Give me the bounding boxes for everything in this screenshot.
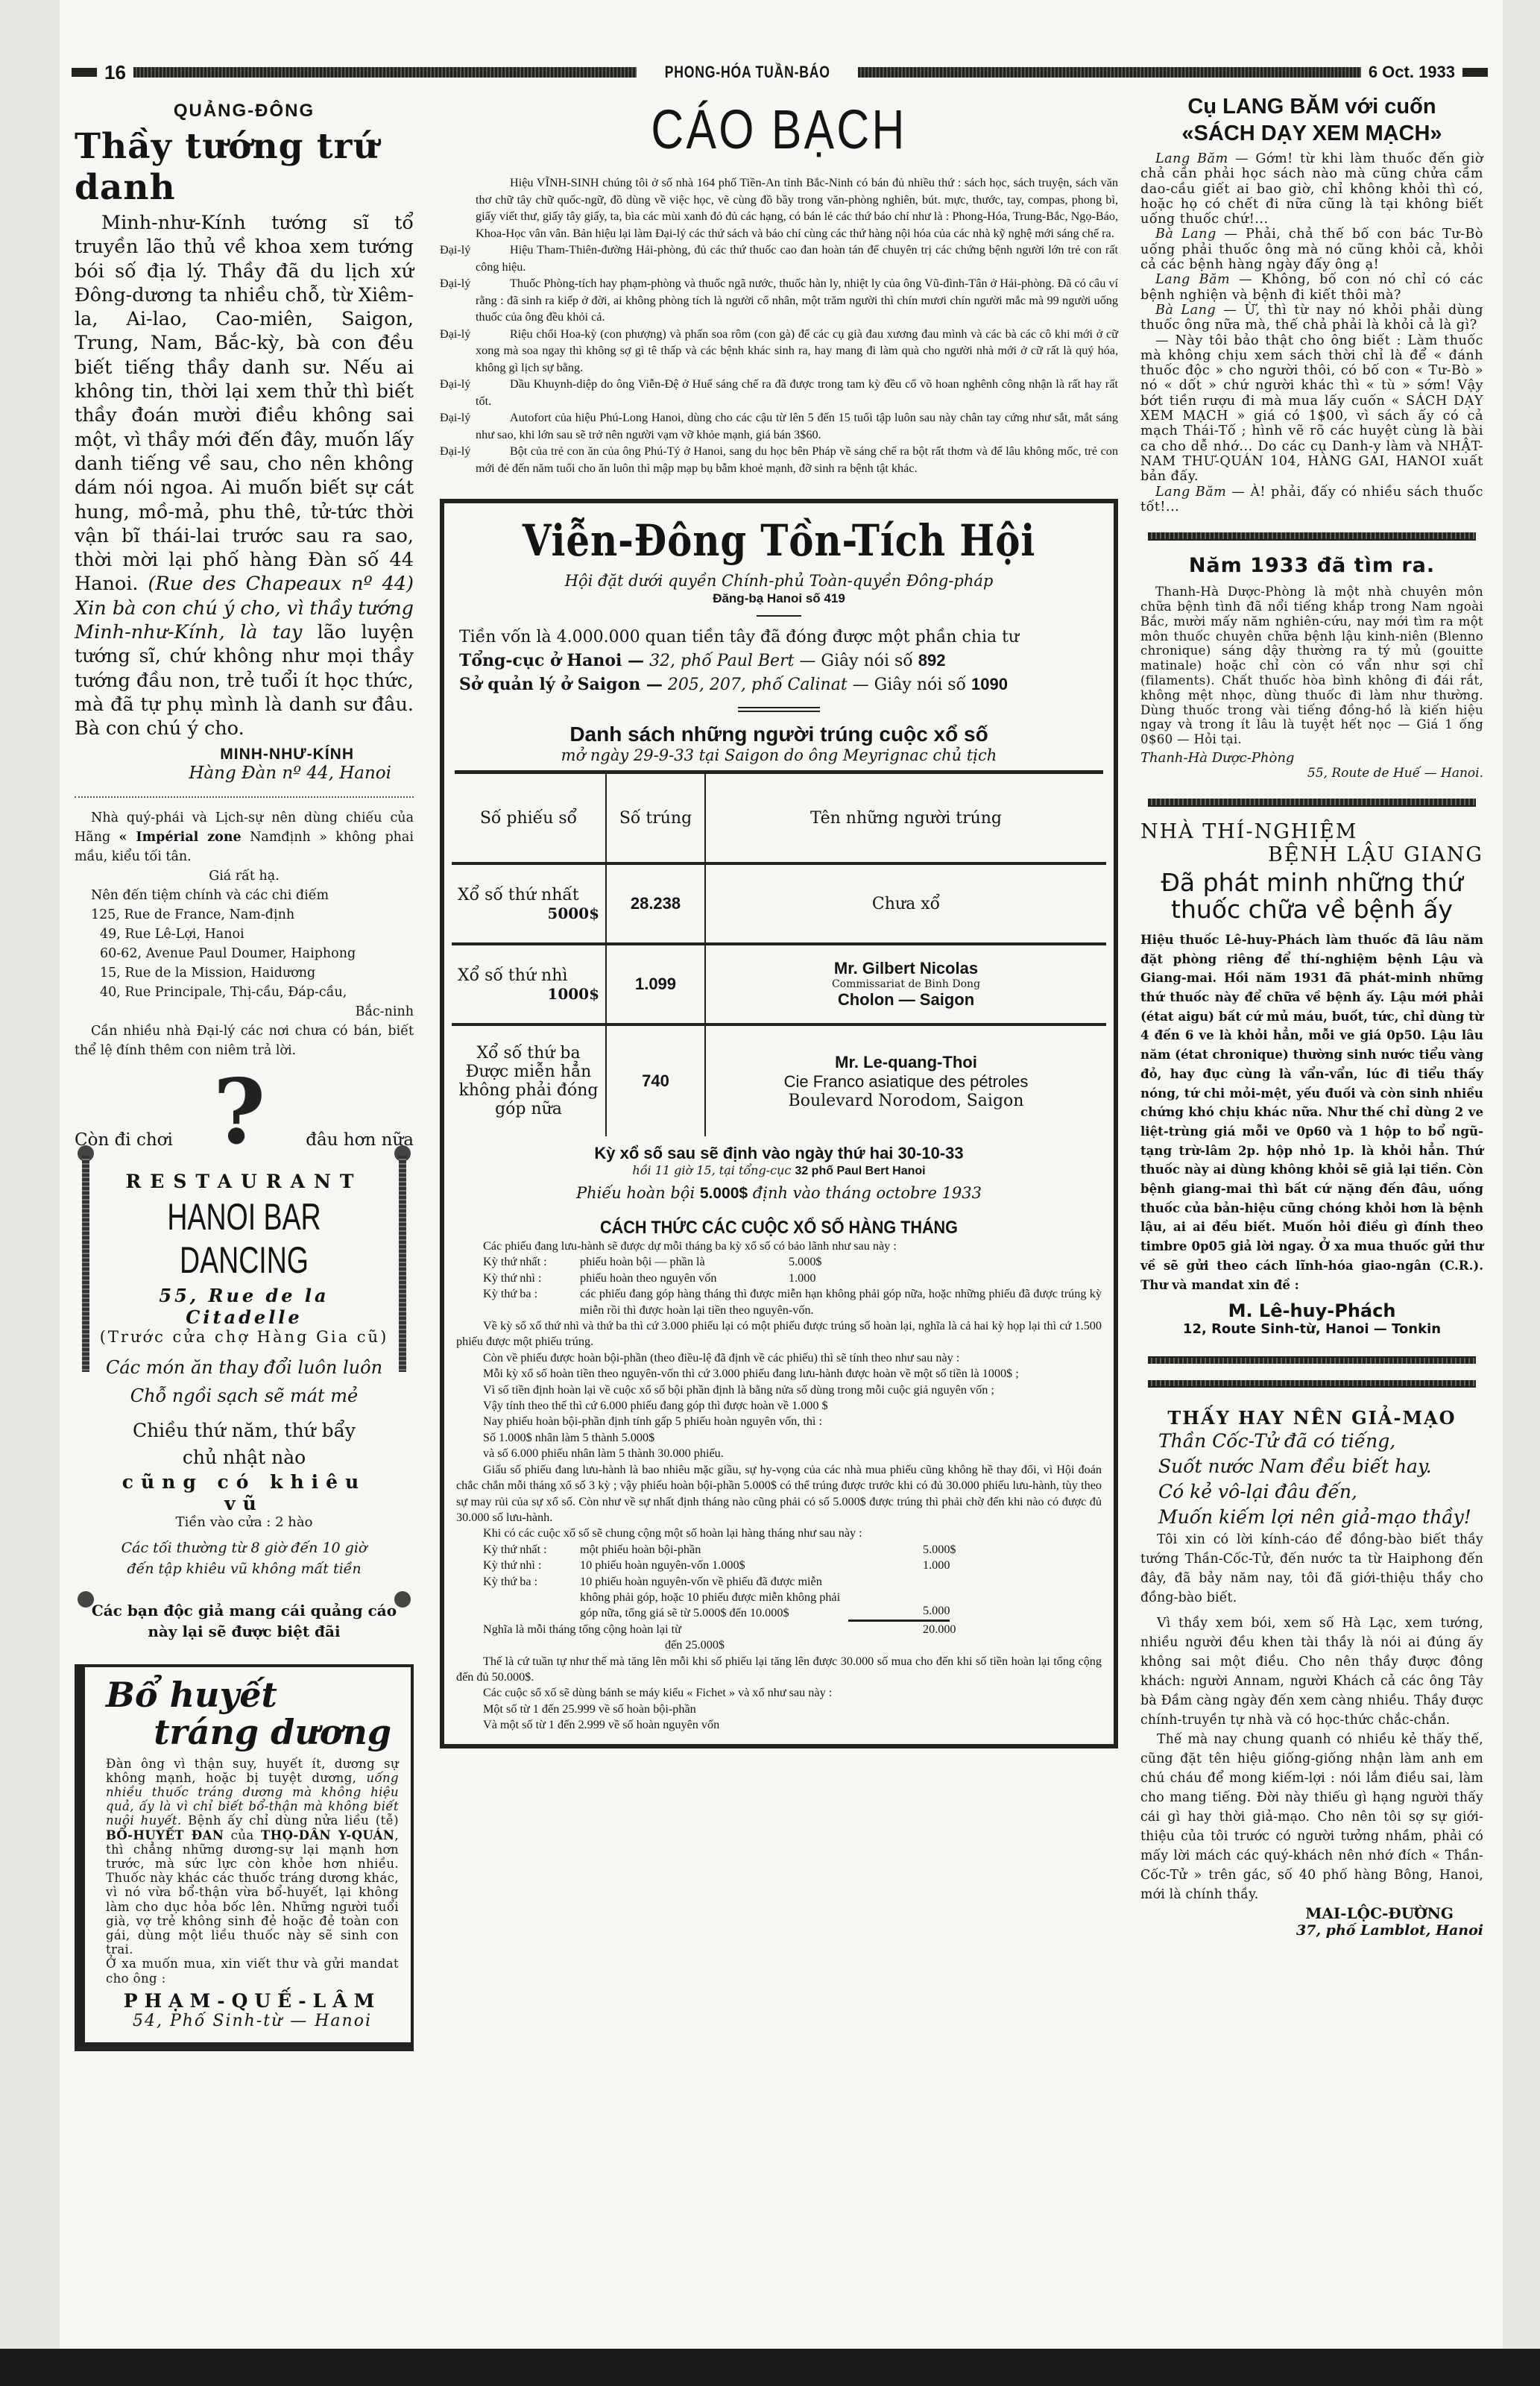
column-header: Số trúng bbox=[606, 774, 705, 863]
winners-table: Số phiếu sổ Số trúng Tên những người trú… bbox=[452, 774, 1106, 1136]
agent-entry: Đại-lýHiệu Tham-Thiên-đường Hải-phòng, đ… bbox=[440, 242, 1118, 275]
ad-body: Đàn ông vì thận suy, huyết ít, dương sự … bbox=[106, 1757, 399, 1957]
ad-body: Hiệu VĨNH-SINH chúng tôi ở số nhà 164 ph… bbox=[440, 174, 1118, 476]
branch-address: 125, Rue de France, Nam-định bbox=[75, 905, 414, 925]
ad-name: HANOI BAR DANCING bbox=[133, 1195, 354, 1282]
ad-headline: NHÀ THÍ-NGHIỆM bbox=[1140, 820, 1483, 843]
frame-post bbox=[399, 1156, 406, 1372]
ad-price: Giá rất hạ. bbox=[75, 866, 414, 886]
column-left: QUẢNG-ĐÔNG Thầy tướng trứ danh Minh-như-… bbox=[75, 97, 414, 2051]
column-center: CÁO BẠCH Hiệu VĨNH-SINH chúng tôi ở số n… bbox=[440, 97, 1118, 1748]
ad-intro: Hiệu VĨNH-SINH chúng tôi ở số nhà 164 ph… bbox=[440, 174, 1118, 242]
ad-days: Chiều thứ năm, thứ bẩy bbox=[97, 1417, 391, 1444]
ad-days: chủ nhật nào bbox=[97, 1444, 391, 1471]
ad-signature: MAI-LỘC-ĐƯỜNG bbox=[1140, 1904, 1454, 1922]
tier-row: Kỳ thứ ba :10 phiếu hoàn nguyên-vốn về p… bbox=[456, 1574, 1102, 1622]
divider bbox=[1148, 799, 1476, 807]
ad-address: 12, Route Sinh-từ, Hanoi — Tonkin bbox=[1140, 1321, 1483, 1337]
agent-entry: Đại-lýDầu Khuynh-diệp do ông Viễn-Đệ ở H… bbox=[440, 376, 1118, 409]
ad-body: Tôi xin có lời kính-cáo để đồng-bào biết… bbox=[1140, 1530, 1483, 1904]
ad-intro: Nhà quý-phái và Lịch-sự nên dùng chiếu c… bbox=[75, 808, 414, 866]
company-info: Tiền vốn là 4.000.000 quan tiền tây đã đ… bbox=[452, 626, 1106, 696]
article-headline: Thầy tướng trứ danh bbox=[75, 126, 414, 208]
bonus-ticket: Phiếu hoàn bội 5.000$ định vào tháng oct… bbox=[452, 1184, 1106, 1203]
table-row: Xổ số thứ nhất5000$ 28.238 Chưa xổ bbox=[452, 863, 1106, 944]
ad-lang-bam: Cụ LANG BĂM với cuốn «SÁCH DẠY XEM MẠCH»… bbox=[1140, 93, 1483, 514]
ad-le-huy-phach: NHÀ THÍ-NGHIỆM BỆNH LẬU GIANG Đã phát mi… bbox=[1140, 820, 1483, 1337]
ad-body: Thanh-Hà Dược-Phòng là một nhà chuyên mô… bbox=[1140, 585, 1483, 747]
header-rule bbox=[133, 67, 637, 78]
table-row: Xổ số thứ nhì1000$ 1.099 Mr. Gilbert Nic… bbox=[452, 944, 1106, 1024]
ad-title: tráng dương bbox=[106, 1712, 391, 1752]
brand-name: « Impérial zone bbox=[119, 830, 242, 845]
ad-line: Các món ăn thay đổi luôn luôn bbox=[97, 1353, 391, 1382]
tier-row: Kỳ thứ ba :các phiếu đang góp hàng tháng… bbox=[456, 1286, 1102, 1318]
branch-address: 60-62, Avenue Paul Doumer, Haiphong bbox=[75, 944, 414, 963]
scan-bottom-edge bbox=[0, 2349, 1540, 2386]
ad-agents: Cần nhiều nhà Đại-lý các nơi chưa có bán… bbox=[75, 1022, 414, 1060]
post-knob-icon bbox=[78, 1591, 94, 1608]
ad-signature: M. Lê-huy-Phách bbox=[1140, 1300, 1483, 1321]
question-row: Còn đi chơi ? đâu hơn nữa bbox=[75, 1075, 414, 1150]
post-knob-icon bbox=[394, 1591, 411, 1608]
ad-title: CÁO BẠCH bbox=[501, 101, 1057, 158]
ad-cao-bach: CÁO BẠCH Hiệu VĨNH-SINH chúng tôi ở số n… bbox=[440, 101, 1118, 476]
ad-bo-huyet: Bổ huyết tráng dương Đàn ông vì thận suy… bbox=[75, 1664, 414, 2051]
ad-line: Chỗ ngồi sạch sẽ mát mẻ bbox=[97, 1382, 391, 1410]
scan-margin-left bbox=[0, 0, 60, 2386]
ad-address: 55, Route de Huế — Hanoi. bbox=[1140, 766, 1483, 781]
table-header-row: Số phiếu sổ Số trúng Tên những người trú… bbox=[452, 774, 1106, 863]
divider bbox=[1148, 1356, 1476, 1364]
ad-subtitle: Hội đặt dưới quyền Chính-phủ Toàn-quyền … bbox=[452, 572, 1106, 590]
ad-headline: BỆNH LẬU GIANG bbox=[1140, 843, 1483, 866]
ad-headline: «SÁCH DẠY XEM MẠCH» bbox=[1140, 120, 1483, 147]
ad-branches-intro: Nên đến tiệm chính và các chi điếm bbox=[75, 886, 414, 905]
branch-address: 15, Rue de la Mission, Haidương bbox=[75, 963, 414, 983]
article-kicker: QUẢNG-ĐÔNG bbox=[75, 101, 414, 122]
bar-ad-frame: RESTAURANT HANOI BAR DANCING 55, Rue de … bbox=[75, 1156, 414, 1587]
poem: Thần Cốc-Tử đã có tiếng, Suốt nước Nam đ… bbox=[1140, 1429, 1483, 1530]
divider bbox=[1148, 532, 1476, 541]
dialogue: Lang Băm — Gớm! từ khi làm thuốc đến giờ… bbox=[1140, 151, 1483, 514]
ad-address: 55, Rue de la Citadelle bbox=[97, 1285, 391, 1328]
tier-row: Kỳ thứ nhì :10 phiếu hoàn nguyên-vốn 1.0… bbox=[456, 1558, 1102, 1573]
header-rule bbox=[72, 68, 97, 77]
ad-title: Viễn-Đông Tồn-Tích Hội bbox=[497, 514, 1060, 567]
ad-dance: cũng có khiêu vũ bbox=[97, 1471, 391, 1514]
rules-title: CÁCH THỨC CÁC CUỘC XỔ SỐ HÀNG THÁNG bbox=[485, 1218, 1073, 1238]
ad-body-order: Ở xa muốn mua, xin viết thư và gửi manda… bbox=[106, 1957, 399, 1985]
ad-address: 54, Phố Sinh-từ — Hanoi bbox=[106, 2012, 399, 2030]
scan-margin-right bbox=[1503, 0, 1540, 2386]
branch-address-cont: Bắc-ninh bbox=[75, 1002, 414, 1022]
ad-free: đến tập khiêu vũ không mất tiền bbox=[97, 1558, 391, 1579]
issue-date: 6 Oct. 1933 bbox=[1369, 63, 1455, 82]
total-row: Nghĩa là mỗi tháng tổng cộng hoàn lại từ… bbox=[456, 1622, 1102, 1637]
ad-signature: PHẠM-QUẾ-LÂM bbox=[106, 1990, 399, 2012]
newspaper-page: 16 PHONG-HÓA TUẦN-BÁO 6 Oct. 1933 QUẢNG-… bbox=[0, 0, 1540, 2386]
table-row: Xổ số thứ ba Được miễn hẳn không phải đó… bbox=[452, 1024, 1106, 1136]
agent-entry: Đại-lýRiệu chổi Hoa-kỳ (con phượng) và p… bbox=[440, 326, 1118, 377]
article-thay-tuong: QUẢNG-ĐÔNG Thầy tướng trứ danh Minh-như-… bbox=[75, 101, 414, 783]
agent-entry: Đại-lýThuốc Phòng-tích hay phạm-phòng và… bbox=[440, 275, 1118, 326]
ad-location: (Trước cửa chợ Hàng Gia cũ) bbox=[97, 1328, 391, 1346]
ad-nam-1933: Năm 1933 đã tìm ra. Thanh-Hà Dược-Phòng … bbox=[1140, 554, 1483, 781]
column-header: Tên những người trúng bbox=[705, 774, 1106, 863]
divider bbox=[757, 615, 801, 617]
article-body: Minh-như-Kính tướng sĩ tổ truyền lão thủ… bbox=[75, 211, 414, 741]
next-draw: Kỳ xổ số sau sẽ định vào ngày thứ hai 30… bbox=[452, 1144, 1106, 1163]
frame-post bbox=[82, 1156, 89, 1372]
ad-headline: THẤY HAY NÊN GIẢ-MẠO bbox=[1140, 1407, 1483, 1429]
divider bbox=[738, 707, 820, 712]
column-header: Số phiếu sổ bbox=[452, 774, 606, 863]
article-address: Hàng Đàn nº 44, Hanoi bbox=[75, 764, 391, 783]
page-number: 16 bbox=[104, 61, 126, 84]
publication-title: PHONG-HÓA TUẦN-BÁO bbox=[664, 63, 830, 82]
tier-row: Kỳ thứ nhất :phiếu hoàn bội — phần là5.0… bbox=[456, 1254, 1102, 1270]
next-draw-time: hồi 11 giờ 15, tại tổng-cục 32 phố Paul … bbox=[452, 1163, 1106, 1178]
winners-title: Danh sách những người trúng cuộc xổ số bbox=[452, 723, 1106, 746]
branch-address: 40, Rue Principale, Thị-cầu, Đáp-cầu, bbox=[75, 983, 414, 1002]
ad-free: Các tối thường từ 8 giờ đến 10 giờ bbox=[97, 1537, 391, 1558]
agent-entry: Đại-lýAutofort của hiệu Phú-Long Hanoi, … bbox=[440, 409, 1118, 443]
ad-signature: Thanh-Hà Dược-Phòng bbox=[1140, 750, 1483, 766]
question-mark-icon: ? bbox=[209, 1075, 269, 1150]
ad-body: Hiệu thuốc Lê-huy-Phách làm thuốc đã lâu… bbox=[1140, 931, 1483, 1294]
ad-subhead: Đã phát minh những thứ thuốc chữa về bện… bbox=[1140, 869, 1483, 923]
ad-hanoi-bar-dancing: Còn đi chơi ? đâu hơn nữa RESTAURANT HAN… bbox=[75, 1075, 414, 1642]
article-signature: MINH-NHƯ-KÍNH bbox=[75, 746, 354, 764]
column-right: Cụ LANG BĂM với cuốn «SÁCH DẠY XEM MẠCH»… bbox=[1140, 93, 1483, 1939]
ad-headline: Cụ LANG BĂM với cuốn bbox=[1140, 93, 1483, 120]
header-rule bbox=[1462, 68, 1488, 77]
ad-vien-dong: Viễn-Đông Tồn-Tích Hội Hội đặt dưới quyề… bbox=[440, 499, 1118, 1748]
ad-registration: Đăng-bạ Hanoi số 419 bbox=[452, 591, 1106, 606]
winners-subtitle: mở ngày 29-9-33 tại Saigon do ông Meyrig… bbox=[452, 746, 1106, 764]
ad-title: Bổ huyết bbox=[106, 1678, 399, 1712]
ad-address: 37, phố Lamblot, Hanoi bbox=[1140, 1922, 1483, 1939]
page-header: 16 PHONG-HÓA TUẦN-BÁO 6 Oct. 1933 bbox=[72, 63, 1488, 82]
ad-label: RESTAURANT bbox=[97, 1171, 391, 1192]
ad-gia-mao: THẤY HAY NÊN GIẢ-MẠO Thần Cốc-Tử đã có t… bbox=[1140, 1407, 1483, 1939]
divider bbox=[1148, 1380, 1476, 1388]
tier-row: Kỳ thứ nhất :một phiếu hoàn bội-phần5.00… bbox=[456, 1542, 1102, 1558]
ad-headline: Năm 1933 đã tìm ra. bbox=[1140, 554, 1483, 577]
ad-readers-note: Các bạn độc giả mang cái quảng cáo này l… bbox=[75, 1600, 414, 1642]
divider bbox=[75, 796, 414, 798]
tier-row: Kỳ thứ nhì :phiếu hoàn theo nguyên vốn1.… bbox=[456, 1271, 1102, 1286]
rules-body: Các phiếu đang lưu-hành sẽ được dự mỗi t… bbox=[452, 1238, 1106, 1734]
agent-entry: Đại-lýBột của trẻ con ăn của ông Phú-Tý … bbox=[440, 443, 1118, 476]
header-rule bbox=[858, 67, 1361, 78]
branch-address: 49, Rue Lê-Lợi, Hanoi bbox=[75, 925, 414, 944]
ad-entry: Tiền vào cửa : 2 hào bbox=[97, 1514, 391, 1530]
ad-imperial-zone: Nhà quý-phái và Lịch-sự nên dùng chiếu c… bbox=[75, 808, 414, 1060]
